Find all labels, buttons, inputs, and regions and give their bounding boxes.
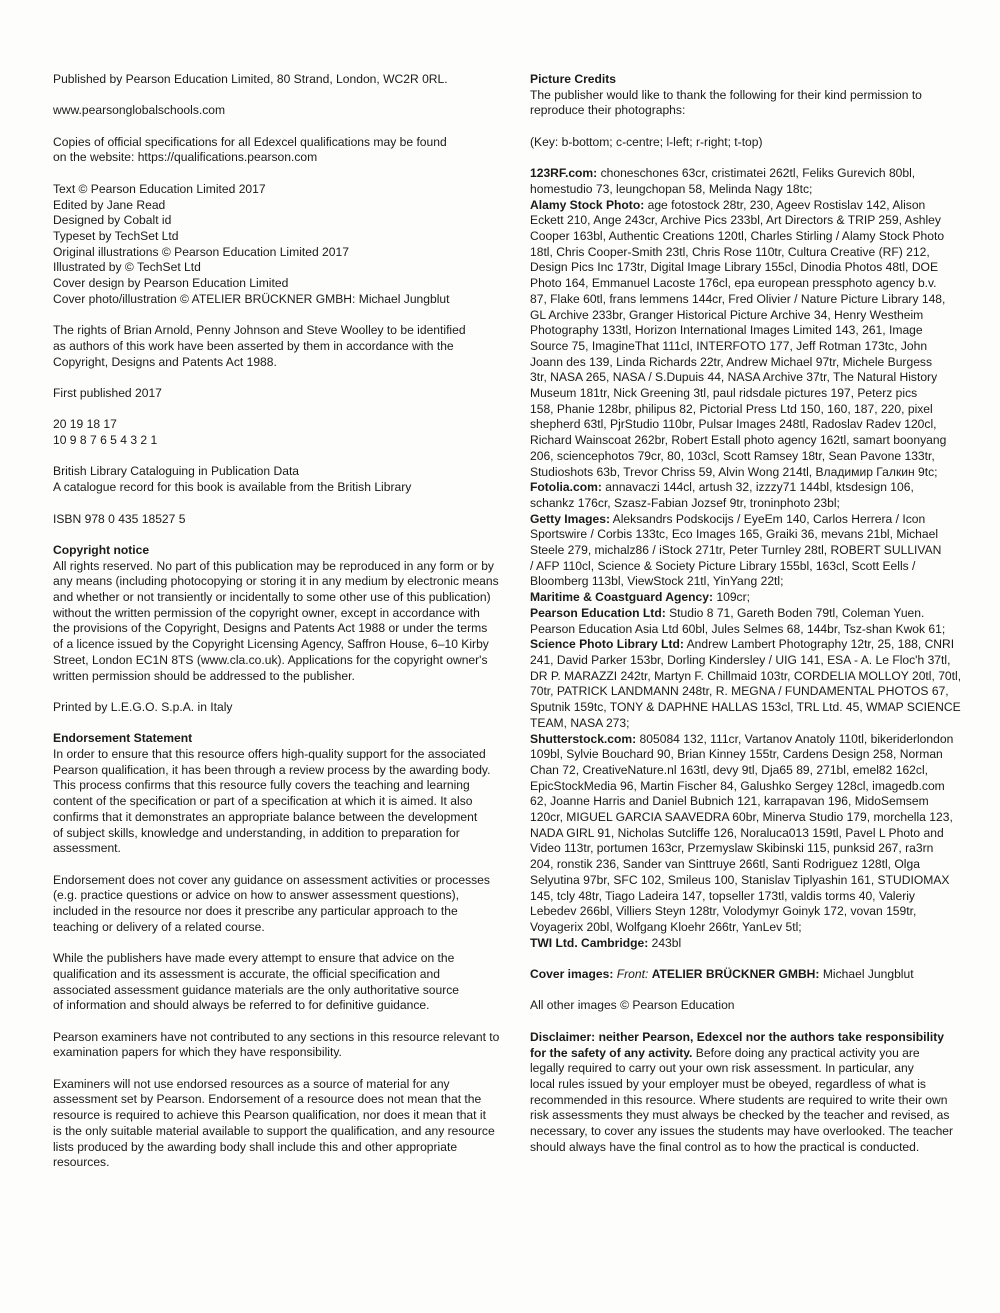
credit-text: GL Archive 233br, Granger Historical Pic… bbox=[530, 308, 923, 322]
picture-credit-line: 204, ronstik 236, Sander van Sinttruye 2… bbox=[530, 857, 970, 873]
disclaimer-line: recommended in this resource. Where stud… bbox=[530, 1093, 970, 1109]
credit-text: choneschones 63cr, cristimatei 262tl, Fe… bbox=[597, 166, 915, 180]
credit-agency: Maritime & Coastguard Agency: bbox=[530, 590, 713, 604]
endorsement-line: qualification and its assessment is accu… bbox=[53, 967, 513, 983]
endorsement-line: is the only suitable material available … bbox=[53, 1124, 513, 1140]
disclaimer-line: necessary, to cover any issues the stude… bbox=[530, 1124, 970, 1140]
specifications-line: on the website: https://qualifications.p… bbox=[53, 150, 513, 166]
cover-images-line: Cover images: Front: ATELIER BRÜCKNER GM… bbox=[530, 967, 970, 983]
picture-credit-line: Studioshots 63b, Trevor Chriss 59, Alvin… bbox=[530, 465, 970, 481]
endorsement-line: In order to ensure that this resource of… bbox=[53, 747, 513, 763]
picture-credit-line: 158, Phanie 128br, philipus 82, Pictoria… bbox=[530, 402, 970, 418]
disclaimer: Disclaimer: neither Pearson, Edexcel nor… bbox=[530, 1030, 970, 1156]
copyright-line: written permission should be addressed t… bbox=[53, 669, 513, 685]
credit-text: 158, Phanie 128br, philipus 82, Pictoria… bbox=[530, 402, 933, 416]
copyright-notice-heading: Copyright notice bbox=[53, 543, 513, 559]
credit-text: homestudio 73, leungchopan 58, Melinda N… bbox=[530, 182, 812, 196]
publisher-address: Published by Pearson Education Limited, … bbox=[53, 72, 513, 88]
picture-credit-line: homestudio 73, leungchopan 58, Melinda N… bbox=[530, 182, 970, 198]
credit-text: 3tr, NASA 265, NASA / S.Dupuis 44, NASA … bbox=[530, 370, 937, 384]
cataloguing-line: A catalogue record for this book is avai… bbox=[53, 480, 513, 496]
endorsement-line: (e.g. practice questions or advice on ho… bbox=[53, 888, 513, 904]
picture-credit-line: Maritime & Coastguard Agency: 109cr; bbox=[530, 590, 970, 606]
credit-agency: Pearson Education Ltd: bbox=[530, 606, 666, 620]
picture-credit-line: Pearson Education Asia Ltd 60bl, Jules S… bbox=[530, 622, 970, 638]
credit-text: DR P. MARAZZI 242tr, Martyn F. Chillmaid… bbox=[530, 669, 961, 683]
first-published: First published 2017 bbox=[53, 386, 513, 402]
credit-text: 109bl, Sylvie Bouchard 90, Brian Kinney … bbox=[530, 747, 943, 761]
credit-line: Original illustrations © Pearson Educati… bbox=[53, 245, 513, 261]
endorsement-line: assessment. bbox=[53, 841, 513, 857]
print-years: 20 19 18 17 bbox=[53, 417, 513, 433]
disclaimer-heading: Disclaimer: neither Pearson, Edexcel nor… bbox=[530, 1030, 970, 1046]
key-block: (Key: b-bottom; c-centre; l-left; r-righ… bbox=[530, 135, 970, 151]
cover-owner: ATELIER BRÜCKNER GMBH: bbox=[652, 967, 820, 981]
copyright-line: All rights reserved. No part of this pub… bbox=[53, 559, 513, 575]
disclaimer-heading-end: for the safety of any activity. bbox=[530, 1046, 692, 1060]
copyright-line: any means (including photocopying or sto… bbox=[53, 574, 513, 590]
isbn-block: ISBN 978 0 435 18527 5 bbox=[53, 512, 513, 528]
endorsement-heading: Endorsement Statement bbox=[53, 731, 513, 747]
cover-images-label: Cover images: bbox=[530, 967, 613, 981]
copyright-line: the provisions of the Copyright, Designs… bbox=[53, 621, 513, 637]
credit-text: Joann des 139, Linda Richards 22tr, Andr… bbox=[530, 355, 932, 369]
credit-text: Cooper 163bl, Authentic Creations 120tl,… bbox=[530, 229, 944, 243]
credit-text: 62, Joanne Harris and Daniel Bubnich 121… bbox=[530, 794, 929, 808]
picture-credit-line: 109bl, Sylvie Bouchard 90, Brian Kinney … bbox=[530, 747, 970, 763]
picture-credit-line: Museum 181tr, Nick Greening 3tl, paul ri… bbox=[530, 386, 970, 402]
credit-text: age fotostock 28tr, 230, Ageev Rostislav… bbox=[644, 198, 925, 212]
picture-credit-line: Lebedev 266bl, Villiers Steyn 128tr, Vol… bbox=[530, 904, 970, 920]
specifications-block: Copies of official specifications for al… bbox=[53, 135, 513, 166]
credit-text: Chan 72, CreativeNature.nl 163tl, devy 9… bbox=[530, 763, 928, 777]
picture-credit-line: Joann des 139, Linda Richards 22tr, Andr… bbox=[530, 355, 970, 371]
endorsement-line: Pearson qualification, it has been throu… bbox=[53, 763, 513, 779]
picture-credit-line: EpicStockMedia 96, Martin Fischer 84, Ga… bbox=[530, 779, 970, 795]
endorsement-line: Endorsement does not cover any guidance … bbox=[53, 873, 513, 889]
picture-credits-intro: Picture Credits The publisher would like… bbox=[530, 72, 970, 119]
credit-text: TEAM, NASA 273; bbox=[530, 716, 629, 730]
intro-line: The publisher would like to thank the fo… bbox=[530, 88, 970, 104]
cataloguing-block: British Library Cataloguing in Publicati… bbox=[53, 464, 513, 495]
endorsement-line: included in the resource nor does it pre… bbox=[53, 904, 513, 920]
credit-text: Eckett 210, Ange 243cr, Archive Pics 233… bbox=[530, 213, 941, 227]
credit-text: shepherd 63tl, PjrStudio 110br, Pulsar I… bbox=[530, 417, 937, 431]
credit-text: Bloomberg 113bl, ViewStock 21tl, YinYang… bbox=[530, 574, 783, 588]
rights-line: The rights of Brian Arnold, Penny Johnso… bbox=[53, 323, 513, 339]
copyright-line: of a licence issued by the Copyright Lic… bbox=[53, 637, 513, 653]
endorsement-line: Pearson examiners have not contributed t… bbox=[53, 1030, 513, 1046]
picture-credit-line: Voyagerix 20bl, Wolfgang Kloehr 266tr, Y… bbox=[530, 920, 970, 936]
cataloguing-line: British Library Cataloguing in Publicati… bbox=[53, 464, 513, 480]
credit-text: 805084 132, 111cr, Vartanov Anatoly 110t… bbox=[636, 732, 953, 746]
picture-credit-line: Selyutina 97br, SFC 102, Smileus 100, St… bbox=[530, 873, 970, 889]
credit-agency: Science Photo Library Ltd: bbox=[530, 637, 684, 651]
credit-text: Photo 164, Emmanuel Lacoste 176cl, epa e… bbox=[530, 276, 937, 290]
credit-text: NADA GIRL 91, Nicholas Sutcliffe 126, No… bbox=[530, 826, 944, 840]
picture-credit-line: Source 75, ImagineThat 111cl, INTERFOTO … bbox=[530, 339, 970, 355]
credit-text: EpicStockMedia 96, Martin Fischer 84, Ga… bbox=[530, 779, 945, 793]
picture-credit-line: Getty Images: Aleksandrs Podskocijs / Ey… bbox=[530, 512, 970, 528]
specifications-line: Copies of official specifications for al… bbox=[53, 135, 513, 151]
endorsement-statement: Endorsement Statement In order to ensure… bbox=[53, 731, 513, 857]
all-other-images-block: All other images © Pearson Education bbox=[530, 998, 970, 1014]
credit-text: Steele 279, michalz86 / iStock 271tr, Pe… bbox=[530, 543, 941, 557]
picture-credit-line: Steele 279, michalz86 / iStock 271tr, Pe… bbox=[530, 543, 970, 559]
front-label: Front: bbox=[617, 967, 649, 981]
endorsement-line: resource is required to achieve this Pea… bbox=[53, 1108, 513, 1124]
endorsement-line: lists produced by the awarding body shal… bbox=[53, 1140, 513, 1156]
credit-line: Typeset by TechSet Ltd bbox=[53, 229, 513, 245]
picture-credit-line: 18tl, Chris Cooper-Smith 23tl, Chris Ros… bbox=[530, 245, 970, 261]
credit-text: 145, tcly 48tr, Tiago Ladeira 147, topse… bbox=[530, 889, 915, 903]
rights-line: as authors of this work have been assert… bbox=[53, 339, 513, 355]
credit-line: Cover photo/illustration © ATELIER BRÜCK… bbox=[53, 292, 513, 308]
credit-text: annavaczi 144cl, artush 32, izzzy71 144b… bbox=[602, 480, 914, 494]
endorsement-paragraph: Pearson examiners have not contributed t… bbox=[53, 1030, 513, 1061]
disclaimer-line: local rules issued by your employer must… bbox=[530, 1077, 970, 1093]
credit-text: 204, ronstik 236, Sander van Sinttruye 2… bbox=[530, 857, 920, 871]
credit-text: 120cr, MIGUEL GARCIA SAAVEDRA 60br, Mine… bbox=[530, 810, 953, 824]
picture-credit-line: Sportswire / Corbis 133tc, Eco Images 16… bbox=[530, 527, 970, 543]
all-other-images: All other images © Pearson Education bbox=[530, 998, 970, 1014]
endorsement-line: examination papers for which they have r… bbox=[53, 1045, 513, 1061]
picture-credit-line: 123RF.com: choneschones 63cr, cristimate… bbox=[530, 166, 970, 182]
picture-credits-heading: Picture Credits bbox=[530, 72, 970, 88]
picture-credit-line: Photography 133tl, Horizon International… bbox=[530, 323, 970, 339]
credit-agency: TWI Ltd. Cambridge: bbox=[530, 936, 648, 950]
picture-credit-line: Bloomberg 113bl, ViewStock 21tl, YinYang… bbox=[530, 574, 970, 590]
picture-credit-line: Fotolia.com: annavaczi 144cl, artush 32,… bbox=[530, 480, 970, 496]
intro-line: reproduce their photographs: bbox=[530, 103, 970, 119]
credit-agency: Alamy Stock Photo: bbox=[530, 198, 644, 212]
picture-credit-line: 62, Joanne Harris and Daniel Bubnich 121… bbox=[530, 794, 970, 810]
disclaimer-text: Before doing any practical activity you … bbox=[692, 1046, 919, 1060]
credit-text: 70tr, PATRICK LANDMANN 248tr, R. MEGNA /… bbox=[530, 684, 949, 698]
credit-line: Illustrated by © TechSet Ltd bbox=[53, 260, 513, 276]
endorsement-line: teaching or delivery of a related course… bbox=[53, 920, 513, 936]
disclaimer-line: legally required to carry out your own r… bbox=[530, 1061, 970, 1077]
credit-text: 241, David Parker 153br, Dorling Kinders… bbox=[530, 653, 950, 667]
cover-photographer: Michael Jungblut bbox=[823, 967, 914, 981]
printer-block: Printed by L.E.G.O. S.p.A. in Italy bbox=[53, 700, 513, 716]
picture-credit-line: Alamy Stock Photo: age fotostock 28tr, 2… bbox=[530, 198, 970, 214]
website-block: www.pearsonglobalschools.com bbox=[53, 103, 513, 119]
credit-text: / AFP 110cl, Science & Society Picture L… bbox=[530, 559, 915, 573]
picture-credit-line: DR P. MARAZZI 242tr, Martyn F. Chillmaid… bbox=[530, 669, 970, 685]
credit-agency: 123RF.com: bbox=[530, 166, 597, 180]
endorsement-line: assessment set by Pearson. Endorsement o… bbox=[53, 1092, 513, 1108]
endorsement-paragraph: Examiners will not use endorsed resource… bbox=[53, 1077, 513, 1171]
printed-by: Printed by L.E.G.O. S.p.A. in Italy bbox=[53, 700, 513, 716]
credit-text: Andrew Lambert Photography 12tr, 25, 188… bbox=[684, 637, 954, 651]
production-credits: Text © Pearson Education Limited 2017 Ed… bbox=[53, 182, 513, 308]
picture-credit-line: shepherd 63tl, PjrStudio 110br, Pulsar I… bbox=[530, 417, 970, 433]
credit-agency: Fotolia.com: bbox=[530, 480, 602, 494]
isbn: ISBN 978 0 435 18527 5 bbox=[53, 512, 513, 528]
picture-credit-line: schankz 176cr, Szasz-Fabian Jozsef 9tr, … bbox=[530, 496, 970, 512]
credit-text: Aleksandrs Podskocijs / EyeEm 140, Carlo… bbox=[610, 512, 925, 526]
publisher-block: Published by Pearson Education Limited, … bbox=[53, 72, 513, 88]
credit-agency: Getty Images: bbox=[530, 512, 610, 526]
credit-text: Lebedev 266bl, Villiers Steyn 128tr, Vol… bbox=[530, 904, 916, 918]
endorsement-line: content of the specification or part of … bbox=[53, 794, 513, 810]
credit-line: Edited by Jane Read bbox=[53, 198, 513, 214]
credit-text: Pearson Education Asia Ltd 60bl, Jules S… bbox=[530, 622, 945, 636]
picture-credit-line: Cooper 163bl, Authentic Creations 120tl,… bbox=[530, 229, 970, 245]
picture-credit-line: Science Photo Library Ltd: Andrew Lamber… bbox=[530, 637, 970, 653]
picture-credit-line: 87, Flake 60tl, frans lemmens 144cr, Fre… bbox=[530, 292, 970, 308]
credit-line: Cover design by Pearson Education Limite… bbox=[53, 276, 513, 292]
picture-credit-line: Pearson Education Ltd: Studio 8 71, Gare… bbox=[530, 606, 970, 622]
picture-credit-line: GL Archive 233br, Granger Historical Pic… bbox=[530, 308, 970, 324]
picture-credit-line: 206, sciencephotos 79cr, 80, 103cl, Scot… bbox=[530, 449, 970, 465]
picture-credit-line: / AFP 110cl, Science & Society Picture L… bbox=[530, 559, 970, 575]
endorsement-line: Examiners will not use endorsed resource… bbox=[53, 1077, 513, 1093]
copyright-line: and whether or not transiently or incide… bbox=[53, 590, 513, 606]
first-published-block: First published 2017 bbox=[53, 386, 513, 402]
credit-text: 243bl bbox=[648, 936, 681, 950]
picture-credit-line: 70tr, PATRICK LANDMANN 248tr, R. MEGNA /… bbox=[530, 684, 970, 700]
position-key: (Key: b-bottom; c-centre; l-left; r-righ… bbox=[530, 135, 970, 151]
picture-credit-line: Eckett 210, Ange 243cr, Archive Pics 233… bbox=[530, 213, 970, 229]
credit-text: Video 113tr, portumen 163cr, Przemyslaw … bbox=[530, 841, 933, 855]
credit-text: Richard Wainscoat 262br, Robert Estall p… bbox=[530, 433, 946, 447]
disclaimer-line: for the safety of any activity. Before d… bbox=[530, 1046, 970, 1062]
credit-text: Selyutina 97br, SFC 102, Smileus 100, St… bbox=[530, 873, 949, 887]
endorsement-paragraph: Endorsement does not cover any guidance … bbox=[53, 873, 513, 936]
credit-text: Museum 181tr, Nick Greening 3tl, paul ri… bbox=[530, 386, 917, 400]
picture-credit-line: 145, tcly 48tr, Tiago Ladeira 147, topse… bbox=[530, 889, 970, 905]
print-numbers: 10 9 8 7 6 5 4 3 2 1 bbox=[53, 433, 513, 449]
credit-line: Text © Pearson Education Limited 2017 bbox=[53, 182, 513, 198]
copyright-line: Street, London EC1N 8TS (www.cla.co.uk).… bbox=[53, 653, 513, 669]
endorsement-paragraph: While the publishers have made every att… bbox=[53, 951, 513, 1014]
website-url: www.pearsonglobalschools.com bbox=[53, 103, 513, 119]
credit-text: Source 75, ImagineThat 111cl, INTERFOTO … bbox=[530, 339, 927, 353]
endorsement-line: This process confirms that this resource… bbox=[53, 778, 513, 794]
credit-text: Photography 133tl, Horizon International… bbox=[530, 323, 923, 337]
picture-credit-line: Shutterstock.com: 805084 132, 111cr, Var… bbox=[530, 732, 970, 748]
picture-credit-line: 120cr, MIGUEL GARCIA SAAVEDRA 60br, Mine… bbox=[530, 810, 970, 826]
credit-text: Voyagerix 20bl, Wolfgang Kloehr 266tr, Y… bbox=[530, 920, 802, 934]
copyright-line: without the written permission of the co… bbox=[53, 606, 513, 622]
endorsement-line: While the publishers have made every att… bbox=[53, 951, 513, 967]
picture-credit-line: Sputnik 159tc, TONY & DAPHNE HALLAS 153c… bbox=[530, 700, 970, 716]
picture-credit-line: Chan 72, CreativeNature.nl 163tl, devy 9… bbox=[530, 763, 970, 779]
credit-text: 87, Flake 60tl, frans lemmens 144cr, Fre… bbox=[530, 292, 945, 306]
left-column: Published by Pearson Education Limited, … bbox=[53, 72, 513, 1187]
credit-agency: Shutterstock.com: bbox=[530, 732, 636, 746]
right-column: Picture Credits The publisher would like… bbox=[530, 72, 970, 1171]
picture-credit-line: NADA GIRL 91, Nicholas Sutcliffe 126, No… bbox=[530, 826, 970, 842]
endorsement-line: confirms that it demonstrates an appropr… bbox=[53, 810, 513, 826]
authors-rights: The rights of Brian Arnold, Penny Johnso… bbox=[53, 323, 513, 370]
print-run-block: 20 19 18 17 10 9 8 7 6 5 4 3 2 1 bbox=[53, 417, 513, 448]
credit-text: Sputnik 159tc, TONY & DAPHNE HALLAS 153c… bbox=[530, 700, 961, 714]
picture-credit-line: 241, David Parker 153br, Dorling Kinders… bbox=[530, 653, 970, 669]
rights-line: Copyright, Designs and Patents Act 1988. bbox=[53, 355, 513, 371]
picture-credit-line: Photo 164, Emmanuel Lacoste 176cl, epa e… bbox=[530, 276, 970, 292]
picture-credit-line: Video 113tr, portumen 163cr, Przemyslaw … bbox=[530, 841, 970, 857]
credit-text: 18tl, Chris Cooper-Smith 23tl, Chris Ros… bbox=[530, 245, 930, 259]
credit-text: schankz 176cr, Szasz-Fabian Jozsef 9tr, … bbox=[530, 496, 840, 510]
credit-text: 109cr; bbox=[713, 590, 750, 604]
credit-text: Design Pics Inc 173tr, Digital Image Lib… bbox=[530, 260, 938, 274]
picture-credit-line: 3tr, NASA 265, NASA / S.Dupuis 44, NASA … bbox=[530, 370, 970, 386]
endorsement-line: of subject skills, knowledge and underst… bbox=[53, 826, 513, 842]
endorsement-line: resources. bbox=[53, 1155, 513, 1171]
credit-text: Studio 8 71, Gareth Boden 79tl, Coleman … bbox=[666, 606, 925, 620]
picture-credit-line: Richard Wainscoat 262br, Robert Estall p… bbox=[530, 433, 970, 449]
picture-credits-list: 123RF.com: choneschones 63cr, cristimate… bbox=[530, 166, 970, 951]
disclaimer-line: risk assessments they must always be che… bbox=[530, 1108, 970, 1124]
picture-credit-line: Design Pics Inc 173tr, Digital Image Lib… bbox=[530, 260, 970, 276]
cover-images: Cover images: Front: ATELIER BRÜCKNER GM… bbox=[530, 967, 970, 983]
endorsement-line: of information and should always be refe… bbox=[53, 998, 513, 1014]
disclaimer-line: should always have the final control as … bbox=[530, 1140, 970, 1156]
credit-text: Studioshots 63b, Trevor Chriss 59, Alvin… bbox=[530, 465, 938, 479]
credit-text: 206, sciencephotos 79cr, 80, 103cl, Scot… bbox=[530, 449, 935, 463]
copyright-notice: Copyright notice All rights reserved. No… bbox=[53, 543, 513, 684]
credit-text: Sportswire / Corbis 133tc, Eco Images 16… bbox=[530, 527, 938, 541]
credit-line: Designed by Cobalt id bbox=[53, 213, 513, 229]
picture-credit-line: TEAM, NASA 273; bbox=[530, 716, 970, 732]
picture-credit-line: TWI Ltd. Cambridge: 243bl bbox=[530, 936, 970, 952]
endorsement-line: associated assessment guidance materials… bbox=[53, 983, 513, 999]
